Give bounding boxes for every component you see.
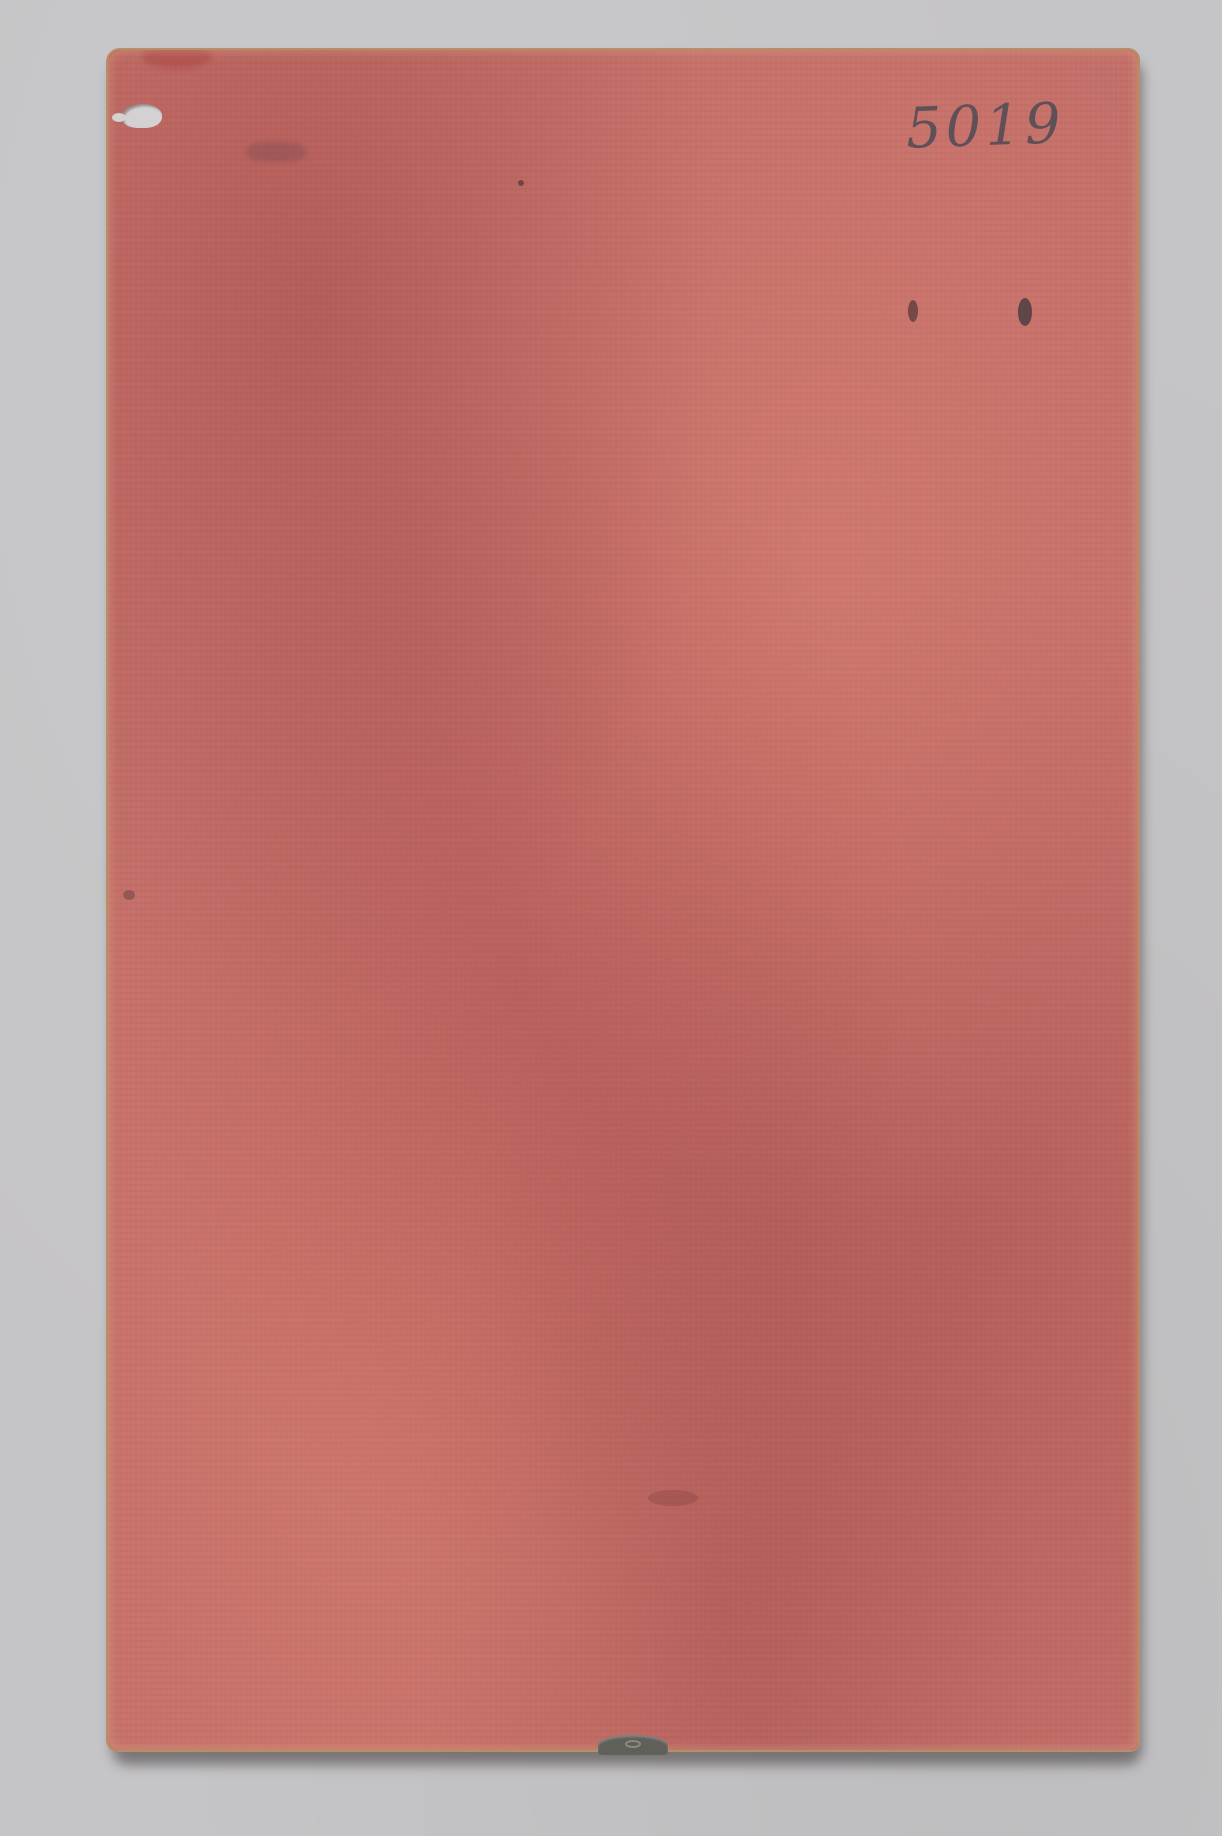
metal-tab	[598, 1735, 668, 1755]
card-edge-wear	[108, 50, 1138, 1750]
pencil-smudge	[246, 142, 306, 162]
stain	[908, 300, 918, 322]
stain	[648, 1490, 698, 1506]
handwritten-catalog-number: 5019	[905, 91, 1066, 161]
red-card: 5019	[106, 48, 1140, 1752]
stain	[518, 180, 524, 186]
punch-hole	[122, 104, 162, 128]
stain	[1018, 298, 1032, 326]
stain	[123, 890, 135, 900]
